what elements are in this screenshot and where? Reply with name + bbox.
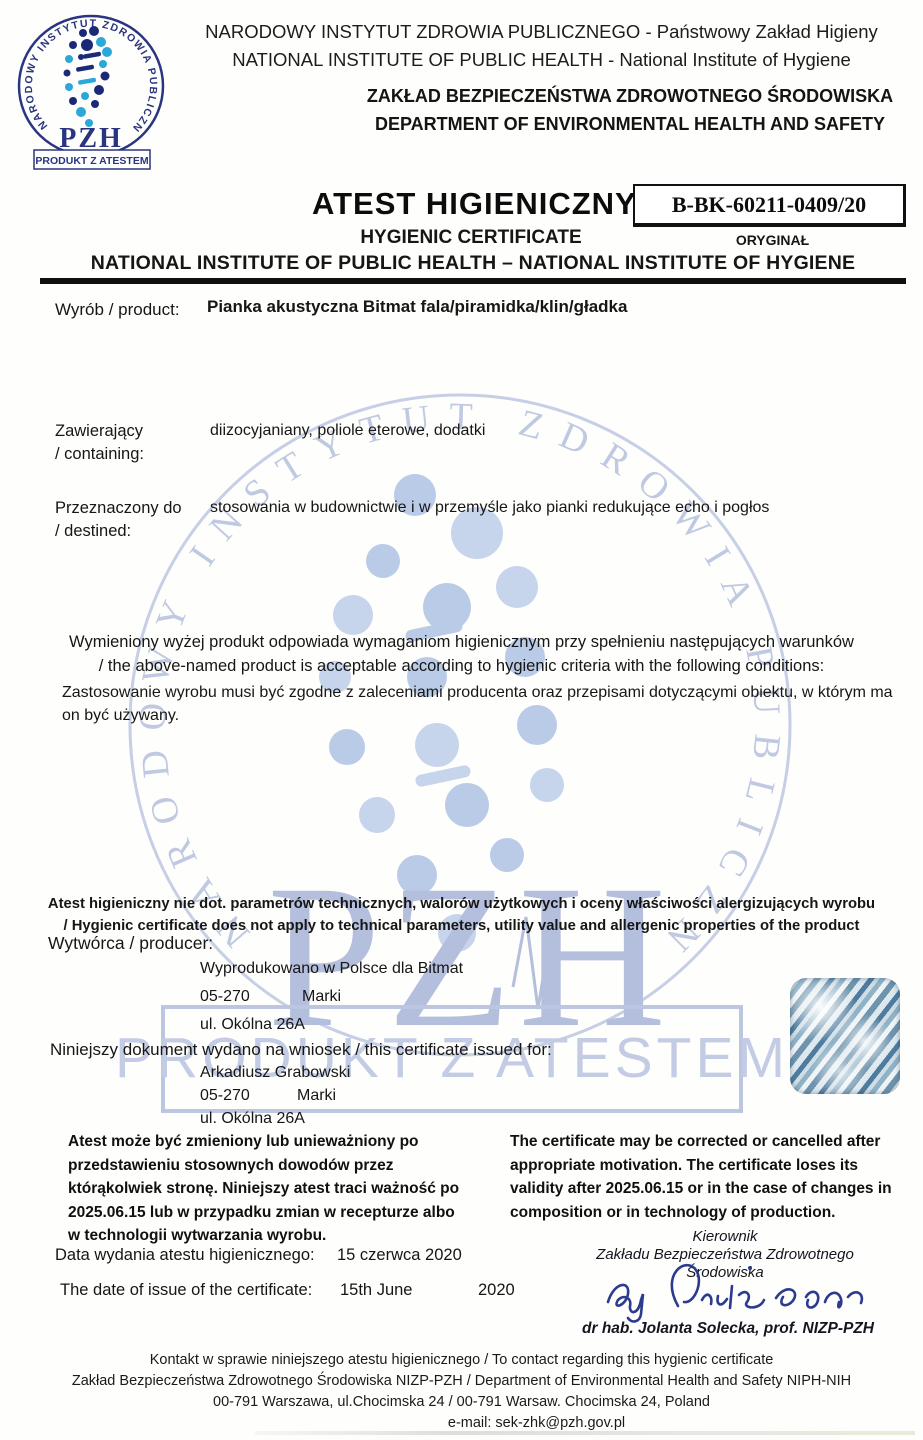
containing-value: diizocyjaniany, poliole eterowe, dodatki <box>210 422 485 440</box>
signatory-name: dr hab. Jolanta Solecka, prof. NIZP-PZH <box>558 1320 898 1338</box>
containing-label-pl: Zawierający <box>55 420 144 443</box>
containing-label-en: / containing: <box>55 443 144 466</box>
header-department-lines: ZAKŁAD BEZPIECZEŃSTWA ZDROWOTNEGO ŚRODOW… <box>340 82 920 138</box>
signatory-role-1: Kierownik <box>565 1228 885 1246</box>
issue-date-label-en: The date of issue of the certificate: <box>60 1281 312 1300</box>
hologram-sticker <box>790 978 900 1094</box>
producer-street: ul. Okólna 26A <box>200 1016 305 1034</box>
footer-contact: Kontakt w sprawie niniejszego atestu hig… <box>40 1350 883 1434</box>
product-value: Pianka akustyczna Bitmat fala/piramidka/… <box>207 297 627 317</box>
certificate-number: B-BK-60211-0409/20 <box>672 192 866 218</box>
scan-artifact-line <box>255 1431 915 1435</box>
producer-city: Marki <box>302 988 341 1006</box>
institute-heading: NATIONAL INSTITUTE OF PUBLIC HEALTH – NA… <box>40 252 906 275</box>
logo-ribbon-text: PRODUKT Z ATESTEM <box>35 155 148 167</box>
conditions-intro: Wymieniony wyżej produkt odpowiada wymag… <box>0 630 923 678</box>
footer-line-3: 00-791 Warszawa, ul.Chocimska 24 / 00-79… <box>40 1392 883 1413</box>
product-label: Wyrób / product: <box>55 298 180 321</box>
destined-value: stosowania w budownictwie i w przemyśle … <box>210 499 769 517</box>
department-name-pl: ZAKŁAD BEZPIECZEŃSTWA ZDROWOTNEGO ŚRODOW… <box>340 82 920 110</box>
pzh-logo: NARODOWY INSTYTUT ZDROWIA PUBLICZNEGO PZ… <box>10 6 172 170</box>
producer-postal: 05-270 <box>200 988 250 1006</box>
certificate-number-box: B-BK-60211-0409/20 <box>633 184 906 227</box>
issued-for-street: ul. Okólna 26A <box>200 1110 305 1128</box>
issued-for-city: Marki <box>297 1087 336 1105</box>
institute-name-pl: NARODOWY INSTYTUT ZDROWIA PUBLICZNEGO - … <box>160 18 923 46</box>
footer-line-1: Kontakt w sprawie niniejszego atestu hig… <box>40 1350 883 1371</box>
containing-label: Zawierający / containing: <box>55 420 144 466</box>
certificate-title-pl: ATEST HIGIENICZNY <box>312 186 637 222</box>
footer-line-2: Zakład Bezpieczeństwa Zdrowotnego Środow… <box>40 1371 883 1392</box>
conditions-intro-pl: Wymieniony wyżej produkt odpowiada wymag… <box>0 630 923 654</box>
producer-name: Wyprodukowano w Polsce dla Bitmat <box>200 960 463 978</box>
issue-date-label-pl: Data wydania atestu higienicznego: <box>55 1246 315 1265</box>
issued-for-label: Niniejszy dokument wydano na wniosek / t… <box>50 1040 552 1060</box>
disclaimer: Atest higieniczny nie dot. parametrów te… <box>0 893 923 937</box>
conditions-text: Zastosowanie wyrobu musi być zgodne z za… <box>62 681 894 727</box>
destined-label: Przeznaczony do / destined: <box>55 497 182 543</box>
destined-label-pl: Przeznaczony do <box>55 497 182 520</box>
issue-date-value-pl: 15 czerwca 2020 <box>337 1246 462 1265</box>
handwritten-signature <box>598 1258 878 1324</box>
producer-label: Wytwórca / producer: <box>48 933 213 954</box>
department-name-en: DEPARTMENT OF ENVIRONMENTAL HEALTH AND S… <box>340 110 920 138</box>
heading-underline <box>40 278 906 284</box>
destined-label-en: / destined: <box>55 520 182 543</box>
conditions-intro-en: / the above-named product is acceptable … <box>0 654 923 678</box>
institute-name-en: NATIONAL INSTITUTE OF PUBLIC HEALTH - Na… <box>160 46 923 74</box>
issue-date-value-en: 15th June <box>340 1281 412 1300</box>
issue-date-year-en: 2020 <box>478 1281 515 1300</box>
header-institute-lines: NARODOWY INSTYTUT ZDROWIA PUBLICZNEGO - … <box>160 18 923 74</box>
logo-dna-icon <box>64 26 113 127</box>
original-label: ORYGINAŁ <box>700 232 845 248</box>
issued-for-postal: 05-270 <box>200 1087 250 1105</box>
validity-text-pl: Atest może być zmieniony lub unieważnion… <box>68 1130 470 1248</box>
validity-text-en: The certificate may be corrected or canc… <box>510 1130 898 1224</box>
disclaimer-pl: Atest higieniczny nie dot. parametrów te… <box>0 893 923 915</box>
certificate-page: NARODOWY INSTYTUT ZDROWIA PUBLICZNEGO PZ… <box>0 0 923 1440</box>
issued-for-name: Arkadiusz Grabowski <box>200 1064 350 1082</box>
certificate-title-en: HYGIENIC CERTIFICATE <box>336 227 606 249</box>
